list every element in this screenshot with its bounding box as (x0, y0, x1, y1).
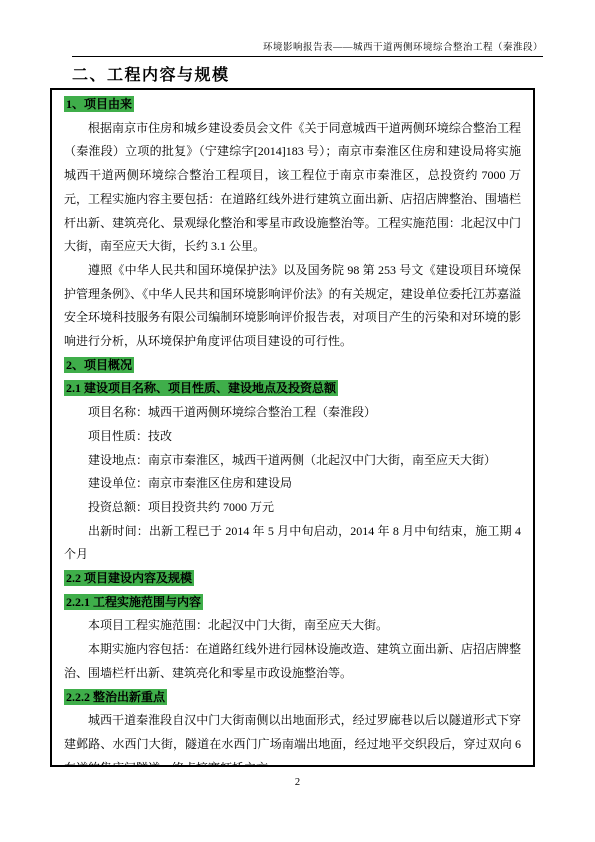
field-project-nature: 项目性质：技改 (64, 425, 521, 449)
section-heading-highlight: 2.1 建设项目名称、项目性质、建设地点及投资总额 (64, 380, 338, 396)
section-heading-renovation-focus: 2.2.2 整治出新重点 (64, 686, 521, 710)
field-construction-unit: 建设单位：南京市秦淮区住房和建设局 (64, 472, 521, 496)
section-heading-project-basics: 2.1 建设项目名称、项目性质、建设地点及投资总额 (64, 377, 521, 401)
section-heading-content-scale: 2.2 项目建设内容及规模 (64, 567, 521, 591)
paragraph-project-origin-2: 遵照《中华人民共和国环境保护法》以及国务院 98 第 253 号文《建设项目环境… (64, 259, 521, 354)
section-heading-scope-content: 2.2.1 工程实施范围与内容 (64, 591, 521, 615)
paragraph-project-origin-1: 根据南京市住房和城乡建设委员会文件《关于同意城西干道两侧环境综合整治工程（秦淮段… (64, 117, 521, 259)
field-project-location: 建设地点：南京市秦淮区，城西干道两侧（北起汉中门大街，南至应天大街） (64, 449, 521, 473)
running-header: 环境影响报告表——城西干道两侧环境综合整治工程（秦淮段） (263, 39, 543, 53)
header-rule (72, 56, 543, 57)
section-heading-project-origin: 1、项目由来 (64, 93, 521, 117)
section-heading-project-overview: 2、项目概况 (64, 354, 521, 378)
paragraph-current-content: 本期实施内容包括：在道路红线外进行园林设施改造、建筑立面出新、店招店牌整治、围墙… (64, 638, 521, 685)
page-number: 2 (0, 777, 595, 788)
field-project-name: 项目名称：城西干道两侧环境综合整治工程（秦淮段） (64, 401, 521, 425)
paragraph-scope: 本项目工程实施范围：北起汉中门大街，南至应天大街。 (64, 614, 521, 638)
section-heading-highlight: 2、项目概况 (64, 357, 134, 373)
section-heading-highlight: 1、项目由来 (64, 96, 134, 112)
field-renovation-time: 出新时间：出新工程已于 2014 年 5 月中旬启动，2014 年 8 月中旬结… (64, 520, 521, 567)
section-heading-highlight: 2.2.1 工程实施范围与内容 (64, 594, 203, 610)
field-total-investment: 投资总额：项目投资共约 7000 万元 (64, 496, 521, 520)
paragraph-renovation-focus: 城西干道秦淮段自汉中门大街南侧以出地面形式，经过罗廊巷以后以隧道形式下穿建邺路、… (64, 709, 521, 767)
content-box: 1、项目由来 根据南京市住房和城乡建设委员会文件《关于同意城西干道两侧环境综合整… (50, 88, 535, 767)
page-title: 二、工程内容与规模 (72, 62, 230, 85)
document-page: 环境影响报告表——城西干道两侧环境综合整治工程（秦淮段） 二、工程内容与规模 1… (0, 0, 595, 842)
section-heading-highlight: 2.2 项目建设内容及规模 (64, 570, 194, 586)
section-heading-highlight: 2.2.2 整治出新重点 (64, 689, 167, 705)
